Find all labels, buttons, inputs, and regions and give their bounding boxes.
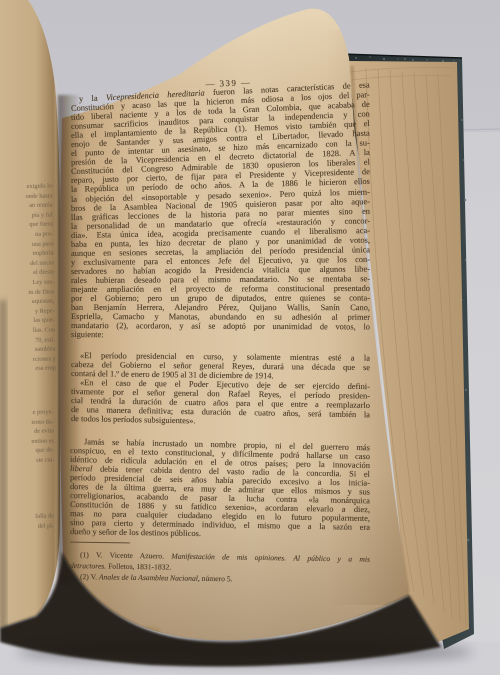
left-page-text-fragments-top: exigido loonde hastaan reuníapía y fulqu…: [2, 181, 56, 374]
text-line: siguiente:: [71, 330, 370, 341]
text-line: na pro-: [3, 229, 53, 240]
text-line: e proye-: [3, 407, 53, 418]
text-line: Ley sus-: [4, 277, 54, 288]
text-line: ban Benjamín Herrera, Alejandro Pérez, Q…: [71, 303, 370, 312]
quote-paragraph-2: «En el caso de que el Poder Ejecutivo de…: [71, 378, 370, 423]
text-line: esa emp: [6, 364, 56, 375]
left-page-text-fragments-bottom: falla dedel pl-: [4, 511, 54, 531]
text-line: falla de: [4, 511, 54, 522]
text-line: exigido lo: [2, 181, 52, 192]
text-line: ste cui-: [4, 455, 54, 466]
closing-paragraph: Jamás se había incrustado un nombre prop…: [70, 437, 370, 537]
footnote-rule: [70, 542, 130, 544]
body-paragraph: y la Vicepresidencia hereditaria fueron …: [71, 95, 370, 339]
text-line: (2) V. Anales de la Asamblea Nacional, n…: [70, 571, 370, 587]
printed-text-layer: — 339 — y la Vicepresidencia hereditaria…: [0, 0, 500, 675]
quote-paragraph-1: «El período presidencial en curso, y sol…: [71, 351, 370, 378]
text-line: mejante ampliación en el proyecto de ref…: [71, 284, 370, 294]
text-line: llas. Con: [5, 325, 55, 336]
text-line: por el Gobierno; pero un grupo de diputa…: [71, 294, 370, 304]
left-page-text-fragments-middle: e proye-iento da-de evitaentino esque de…: [3, 407, 54, 466]
text-line: del pl-: [4, 521, 54, 532]
footnote-1: (1) V. Vicente Azuero. Manifestación de …: [70, 549, 370, 572]
footnote-2: (2) V. Anales de la Asamblea Nacional, n…: [70, 571, 370, 582]
book-photo: — 339 — y la Vicepresidencia hereditaria…: [0, 0, 500, 675]
